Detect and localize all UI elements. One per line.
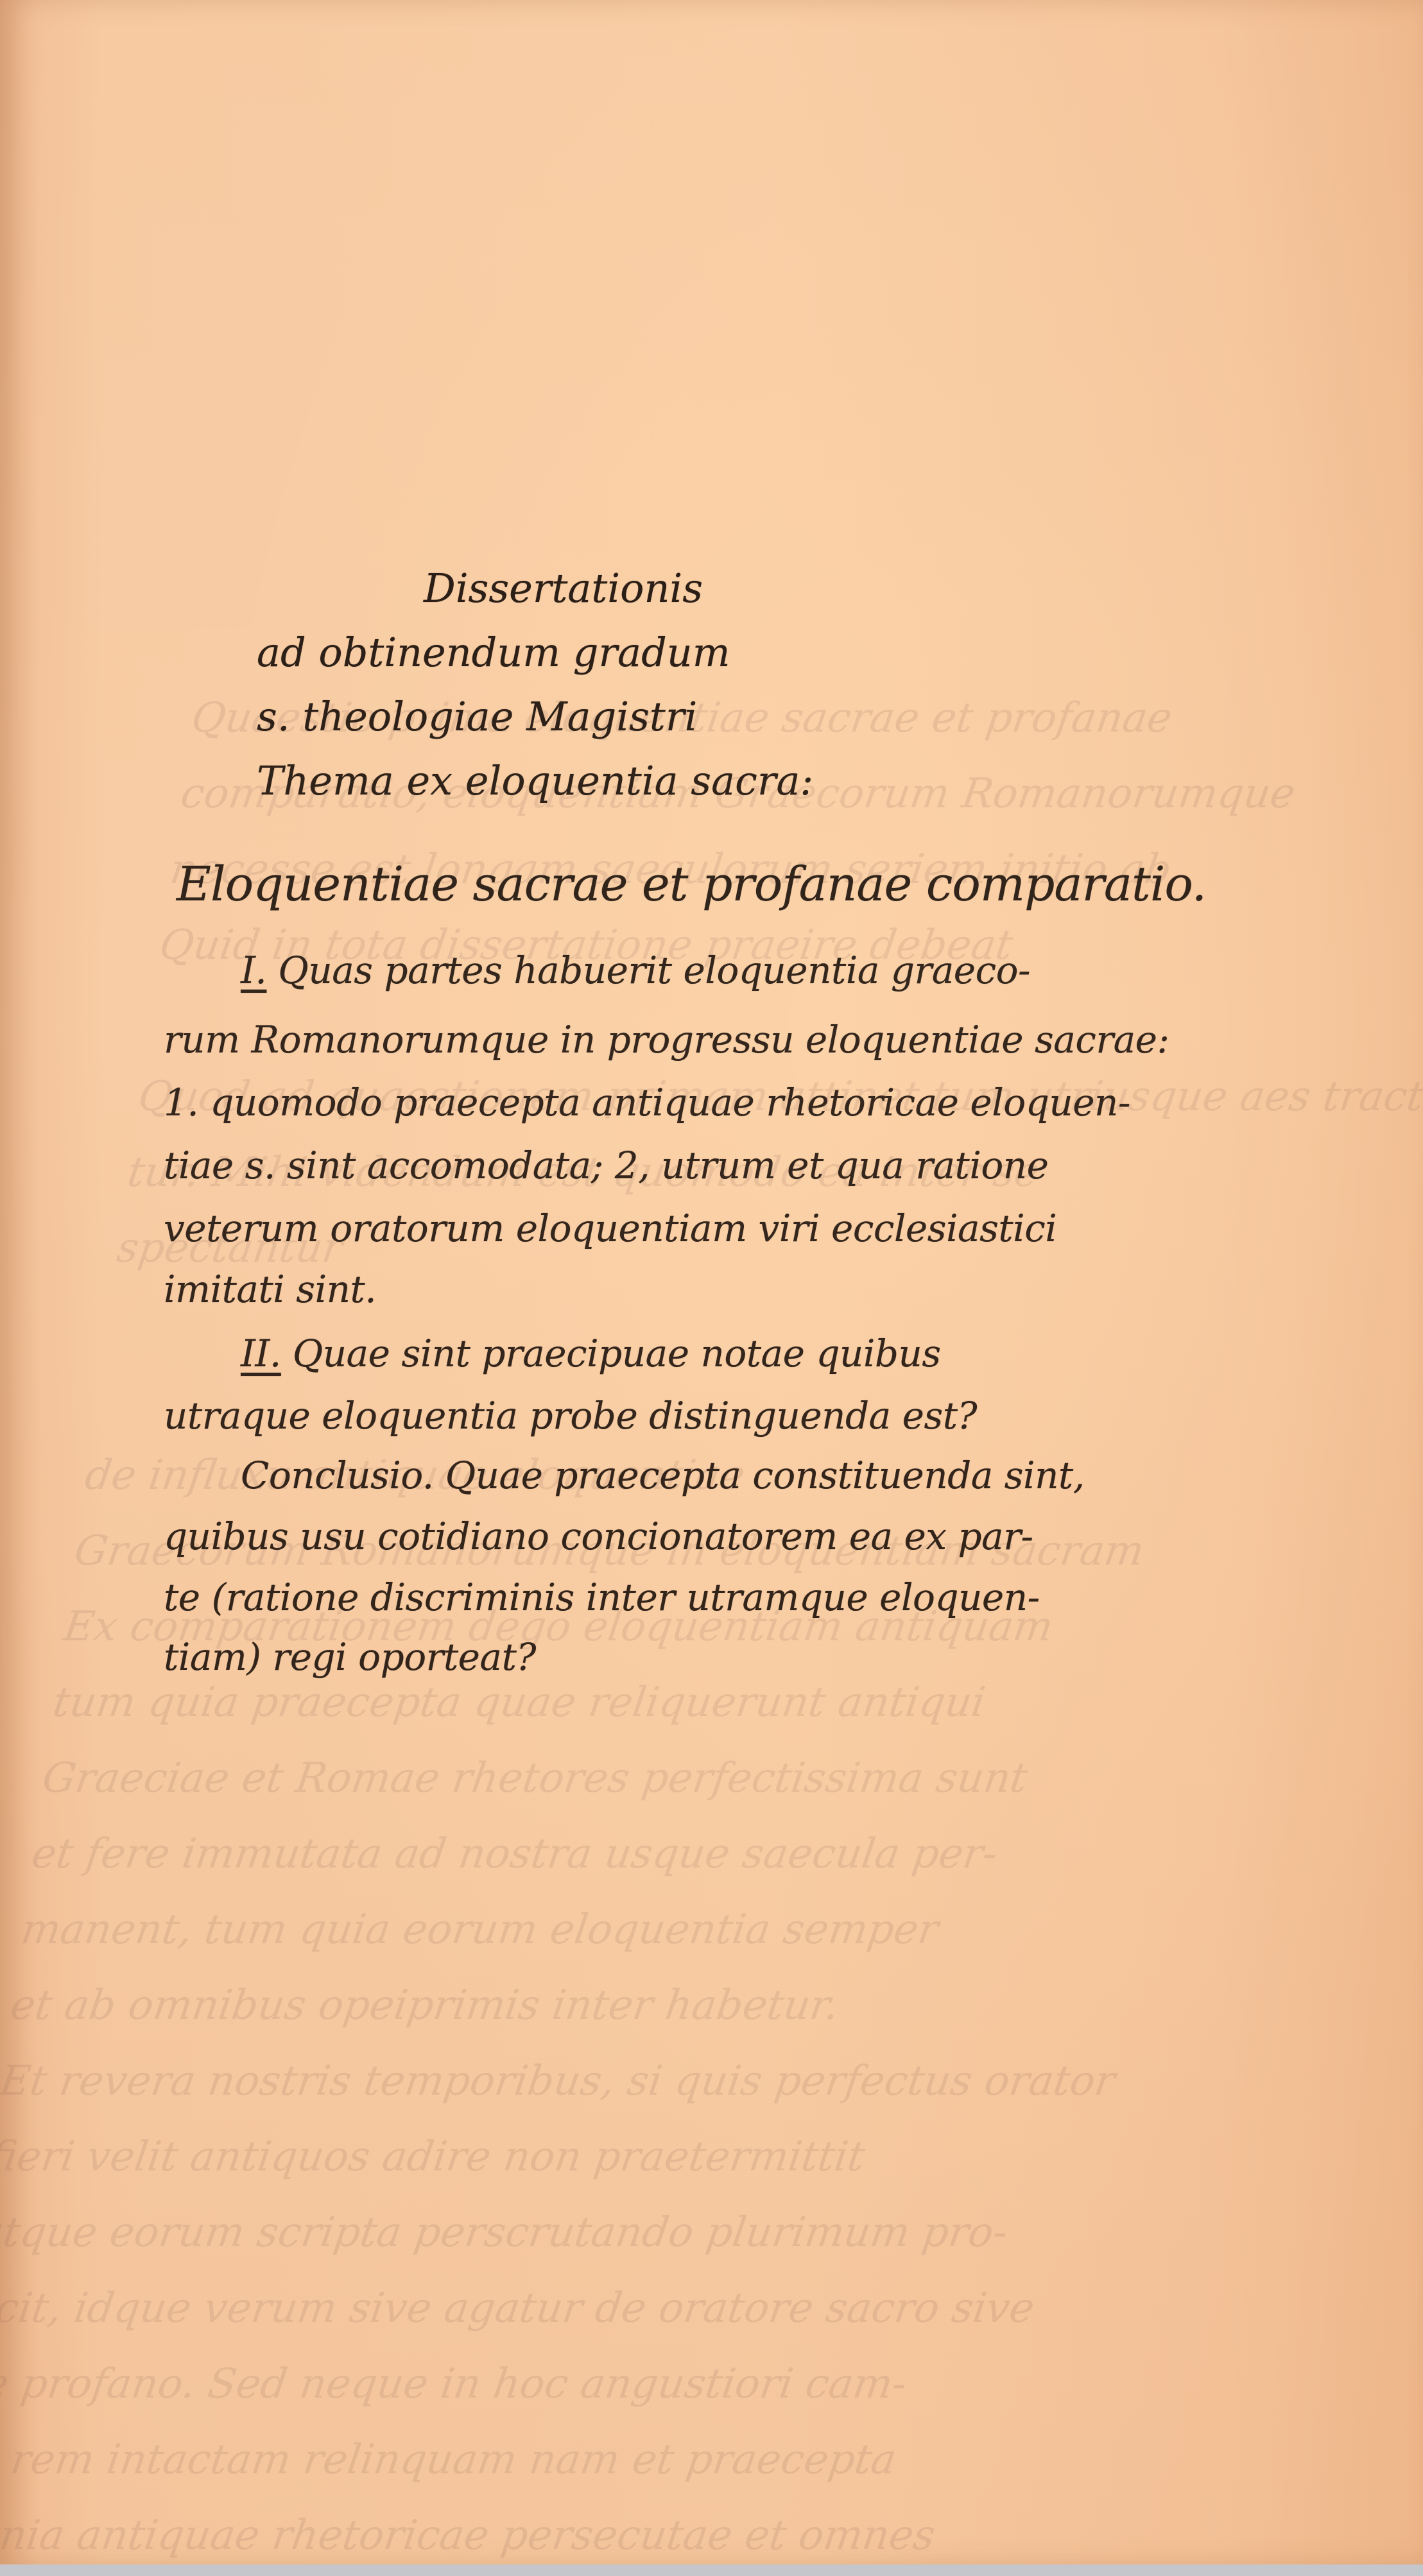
body-line: veterum oratorum eloquentiam viri eccles… (164, 1206, 1056, 1250)
bleed-line: Graeciae et Romae rhetores perfectissima… (38, 1740, 1268, 1816)
bleed-line: atque eorum scripta perscrutando plurimu… (0, 2195, 1204, 2271)
bleed-line: et fere immutata ad nostra usque saecula… (27, 1816, 1257, 1892)
theme-line: Thema ex eloquentia sacra: (257, 757, 813, 804)
body-line: te (ratione discriminis inter utramque e… (164, 1576, 1040, 1619)
body-text: Quas partes habuerit eloquentia graeco- (278, 949, 1030, 992)
body-line: imitati sint. (164, 1267, 376, 1311)
scan-background-strip (0, 2564, 1423, 2576)
title-line: ad obtinendum gradum (257, 629, 730, 676)
body-line: utraque eloquentia probe distinguenda es… (164, 1394, 977, 1438)
bleed-line: omnia antiquae rhetoricae persecutae et … (0, 2498, 1161, 2573)
section-1-first-line: I. Quas partes habuerit eloquentia graec… (241, 949, 1030, 992)
body-line: quibus usu cotidiano concionatorem ea ex… (164, 1515, 1033, 1558)
bleed-line: fieri velit antiquos adire non praetermi… (0, 2119, 1214, 2195)
page-heading: Eloquentiae sacrae et profanae comparati… (177, 857, 1206, 912)
manuscript-page: Quaestio prima eloquentiae sacrae et pro… (0, 0, 1423, 2564)
body-line: tiam) regi oporteat? (164, 1635, 536, 1679)
section-numeral: I. (241, 949, 266, 992)
section-numeral: II. (241, 1332, 281, 1375)
title-line: Dissertationis (424, 565, 703, 612)
bleed-line: ficit, idque verum sive agatur de orator… (0, 2271, 1193, 2346)
conclusio-line: Conclusio. Quae praecepta constituenda s… (241, 1454, 1085, 1497)
bleed-line: de profano. Sed neque in hoc angustiori … (0, 2346, 1182, 2422)
section-2-first-line: II. Quae sint praecipuae notae quibus (241, 1332, 941, 1375)
title-line: s. theologiae Magistri (257, 693, 697, 740)
bleed-line: manent, tum quia eorum eloquentia semper (16, 1892, 1246, 1968)
bleed-line: po rem intactam relinquam nam et praecep… (0, 2422, 1172, 2498)
bleed-line: Et revera nostris temporibus, si quis pe… (0, 2043, 1225, 2119)
body-line: 1. quomodo praecepta antiquae rhetoricae… (164, 1081, 1130, 1124)
body-line: tiae s. sint accomodata; 2, utrum et qua… (164, 1144, 1048, 1187)
body-line: rum Romanorumque in progressu eloquentia… (164, 1018, 1169, 1061)
body-text: Quae sint praecipuae notae quibus (293, 1332, 941, 1375)
bleed-line: et ab omnibus opeiprimis inter habetur. (6, 1968, 1236, 2043)
